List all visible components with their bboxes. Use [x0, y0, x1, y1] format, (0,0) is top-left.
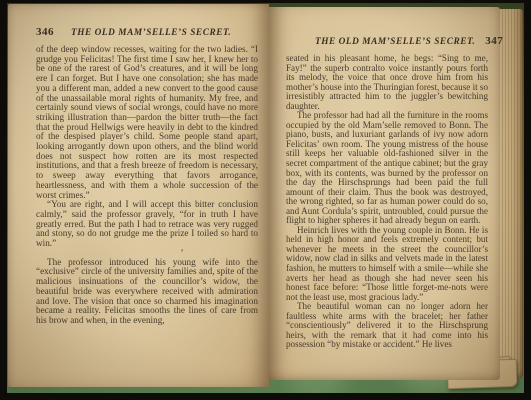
left-page-text: of the deep window recesses, waiting for… — [8, 43, 269, 326]
paragraph: Heinrich lives with the young couple in … — [286, 226, 488, 302]
right-page: THE OLD MAM’SELLE’S SECRET. 347 seated i… — [269, 7, 500, 380]
paragraph: The professor introduced his young wife … — [36, 258, 258, 326]
left-page: 346 THE OLD MAM’SELLE’S SECRET. of the d… — [8, 4, 269, 387]
paragraph: of the deep window recesses, waiting for… — [36, 45, 258, 200]
paragraph: seated in his pleasant home, he begs: “S… — [286, 54, 488, 111]
left-page-header: 346 THE OLD MAM’SELLE’S SECRET. — [8, 4, 269, 43]
paragraph: The beautiful woman can no longer adorn … — [286, 302, 488, 350]
stray-ink-mark: ’ — [36, 249, 258, 258]
right-page-text: seated in his pleasant home, he begs: “S… — [269, 52, 500, 350]
right-page-header: THE OLD MAM’SELLE’S SECRET. 347 — [269, 7, 500, 52]
running-head: THE OLD MAM’SELLE’S SECRET. — [315, 37, 475, 47]
paragraph: “You are right, and I will accept this b… — [36, 200, 258, 249]
right-page-number: 347 — [485, 35, 503, 47]
fore-edge-page-stack — [496, 9, 523, 379]
running-head: THE OLD MAM’SELLE’S SECRET. — [71, 28, 231, 38]
book-photo: 346 THE OLD MAM’SELLE’S SECRET. of the d… — [0, 0, 531, 400]
paragraph: The professor had had all the furniture … — [286, 111, 488, 226]
left-page-number: 346 — [36, 26, 54, 38]
